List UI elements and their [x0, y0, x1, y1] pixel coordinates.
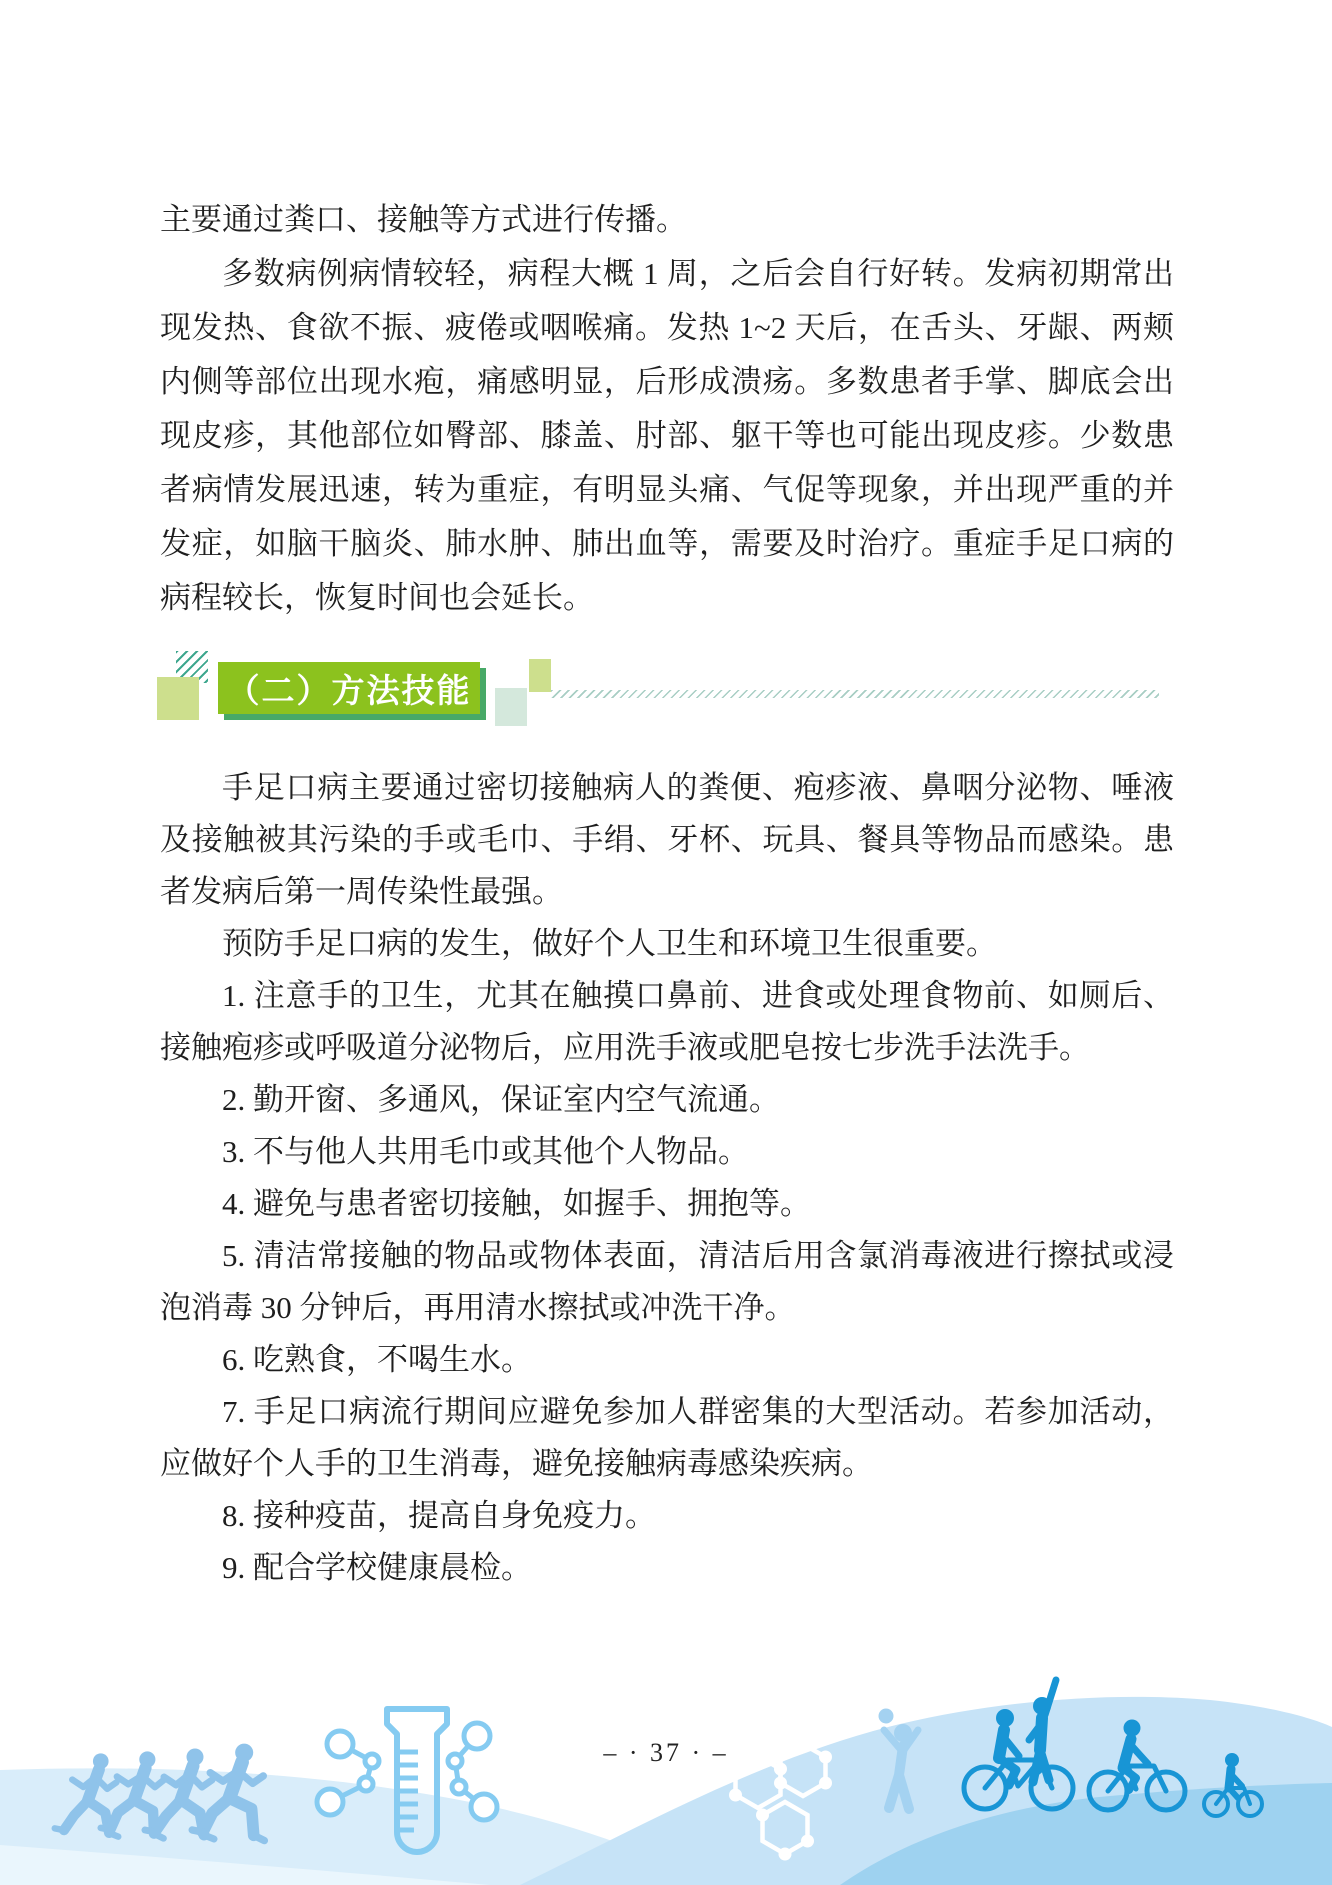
list-item: 9. 配合学校健康晨检。 [160, 1542, 1174, 1594]
document-page: 主要通过粪口、接触等方式进行传播。 多数病例病情较轻，病程大概 1 周，之后会自… [0, 0, 1332, 1885]
footer-artwork [0, 1600, 1332, 1885]
section-heading-banner: （二）方法技能 [218, 662, 480, 714]
paragraph-course-of-disease: 多数病例病情较轻，病程大概 1 周，之后会自行好转。发病初期常出现发热、食欲不振… [160, 247, 1174, 625]
body-text-block-2: 手足口病主要通过密切接触病人的粪便、疱疹液、鼻咽分泌物、唾液及接触被其污染的手或… [160, 762, 1174, 1594]
list-item: 5. 清洁常接触的物品或物体表面，清洁后用含氯消毒液进行擦拭或浸泡消毒 30 分… [160, 1230, 1174, 1334]
list-item: 6. 吃熟食，不喝生水。 [160, 1334, 1174, 1386]
hatch-stripe-band-decoration [551, 690, 1159, 698]
list-item: 1. 注意手的卫生，尤其在触摸口鼻前、进食或处理食物前、如厕后、接触疱疹或呼吸道… [160, 970, 1174, 1074]
teal-square-decoration [495, 688, 527, 726]
green-square-decoration [157, 677, 199, 720]
paragraph-continued: 主要通过粪口、接触等方式进行传播。 [160, 193, 1174, 247]
body-text-block-1: 主要通过粪口、接触等方式进行传播。 多数病例病情较轻，病程大概 1 周，之后会自… [160, 193, 1174, 625]
list-item: 2. 勤开窗、多通风，保证室内空气流通。 [160, 1074, 1174, 1126]
small-green-square-decoration [529, 659, 551, 692]
paragraph-transmission: 手足口病主要通过密切接触病人的粪便、疱疹液、鼻咽分泌物、唾液及接触被其污染的手或… [160, 762, 1174, 918]
list-item: 3. 不与他人共用毛巾或其他个人物品。 [160, 1126, 1174, 1178]
list-item: 4. 避免与患者密切接触，如握手、拥抱等。 [160, 1178, 1174, 1230]
section-heading-label: （二）方法技能 [227, 665, 472, 712]
test-tube-graduations [397, 1752, 418, 1830]
list-item: 8. 接种疫苗，提高自身免疫力。 [160, 1490, 1174, 1542]
paragraph-prevention-intro: 预防手足口病的发生，做好个人卫生和环境卫生很重要。 [160, 918, 1174, 970]
list-item: 7. 手足口病流行期间应避免参加人群密集的大型活动。若参加活动，应做好个人手的卫… [160, 1386, 1174, 1490]
